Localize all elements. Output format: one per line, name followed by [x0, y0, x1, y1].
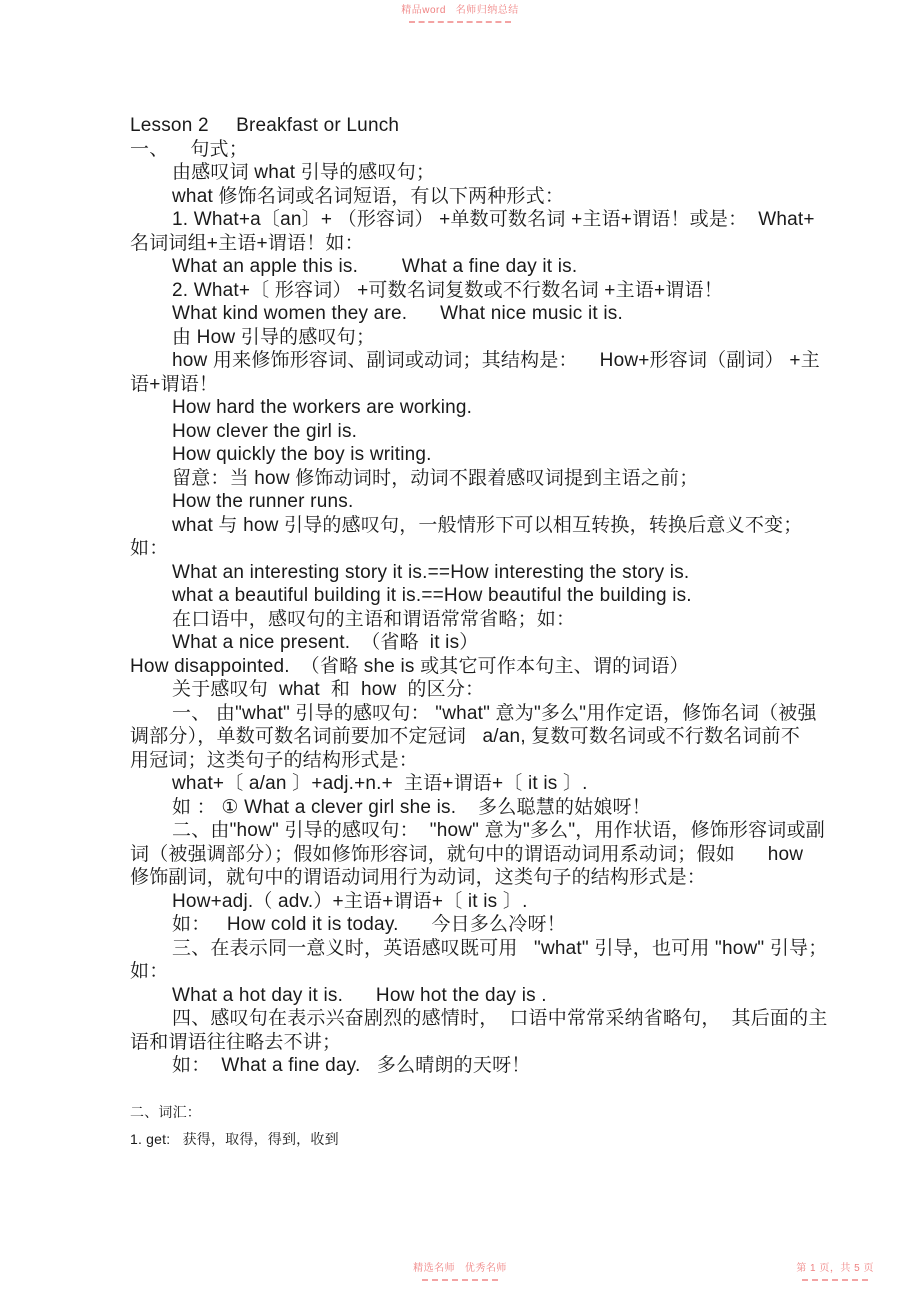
- footer-right-dash-divider: [802, 1279, 868, 1281]
- vocab-line: 二、词汇：: [130, 1099, 800, 1127]
- text-line: 语和谓语往往略去不讲；: [130, 1031, 800, 1055]
- text-line: what 与 how 引导的感叹句，一般情形下可以相互转换，转换后意义不变；: [130, 514, 800, 538]
- text-line: 一、 由"what" 引导的感叹句： "what" 意为"多么"用作定语，修饰名…: [130, 702, 800, 726]
- text-line: How the runner runs.: [130, 490, 800, 514]
- text-line: How+adj.（ adv.）+主语+谓语+〔 it is 〕.: [130, 890, 800, 914]
- text-line: 1. What+a〔an〕+ （形容词） +单数可数名词 +主语+谓语！或是： …: [130, 208, 800, 232]
- text-line: what 修饰名词或名词短语，有以下两种形式：: [130, 185, 800, 209]
- text-line: 2. What+〔 形容词） +可数名词复数或不行数名词 +主语+谓语！: [130, 279, 800, 303]
- text-line: 由 How 引导的感叹句；: [130, 326, 800, 350]
- text-line: 调部分），单数可数名词前要加不定冠词 a/an, 复数可数名词或不行数名词前不: [130, 725, 800, 749]
- text-line: 语+谓语！: [130, 373, 800, 397]
- footer-center-dash-divider: [422, 1279, 498, 1281]
- text-line: What an interesting story it is.==How in…: [130, 561, 800, 585]
- header-watermark-text: 精品word 名师归纳总结: [401, 5, 519, 17]
- footer-watermark-text: 精选名师 优秀名师: [413, 1263, 507, 1275]
- document-page: 精品word 名师归纳总结 Lesson 2 Breakfast or Lunc…: [0, 0, 920, 1303]
- text-line: 三、在表示同一意义时，英语感叹既可用 "what" 引导，也可用 "how" 引…: [130, 937, 800, 961]
- text-line: how 用来修饰形容词、副词或动词；其结构是： How+形容词（副词） +主: [130, 349, 800, 373]
- vocab-section: 二、词汇：1. get: 获得，取得，得到，收到: [130, 1099, 800, 1154]
- text-line: 词（被强调部分）；假如修饰形容词，就句中的谓语动词用系动词；假如 how: [130, 843, 800, 867]
- text-line: Lesson 2 Breakfast or Lunch: [130, 114, 800, 138]
- text-line: what a beautiful building it is.==How be…: [130, 584, 800, 608]
- text-line: 留意：当 how 修饰动词时，动词不跟着感叹词提到主语之前；: [130, 467, 800, 491]
- page-footer: 精选名师 优秀名师 第 1 页，共 5 页: [0, 1263, 920, 1293]
- text-line: 由感叹词 what 引导的感叹句；: [130, 161, 800, 185]
- text-line: What an apple this is. What a fine day i…: [130, 255, 800, 279]
- text-line: what+〔 a/an 〕+adj.+n.+ 主语+谓语+〔 it is 〕.: [130, 772, 800, 796]
- text-line: What kind women they are. What nice musi…: [130, 302, 800, 326]
- text-line: 四、感叹句在表示兴奋剧烈的感情时， 口语中常常采纳省略句， 其后面的主: [130, 1007, 800, 1031]
- header-dash-divider: [409, 21, 511, 23]
- text-line: 二、由"how" 引导的感叹句： "how" 意为"多么"，用作状语，修饰形容词…: [130, 819, 800, 843]
- text-line: 如：: [130, 537, 800, 561]
- text-line: How hard the workers are working.: [130, 396, 800, 420]
- footer-page-number: 第 1 页，共 5 页: [796, 1263, 874, 1275]
- vocab-line: 1. get: 获得，取得，得到，收到: [130, 1126, 800, 1154]
- text-line: 一、 句式；: [130, 138, 800, 162]
- text-line: 如： How cold it is today. 今日多么冷呀！: [130, 913, 800, 937]
- text-line: 在口语中，感叹句的主语和谓语常常省略；如：: [130, 608, 800, 632]
- text-line: 用冠词；这类句子的结构形式是：: [130, 749, 800, 773]
- text-line: What a nice present. （省略 it is）: [130, 631, 800, 655]
- footer-right: 第 1 页，共 5 页: [796, 1263, 874, 1281]
- footer-center: 精选名师 优秀名师: [0, 1263, 920, 1281]
- text-line: How clever the girl is.: [130, 420, 800, 444]
- text-line: 名词词组+主语+谓语！如：: [130, 232, 800, 256]
- text-line: What a hot day it is. How hot the day is…: [130, 984, 800, 1008]
- page-header: 精品word 名师归纳总结: [0, 5, 920, 23]
- text-line: How disappointed. （省略 she is 或其它可作本句主、谓的…: [130, 655, 800, 679]
- text-line: 如 ： ① What a clever girl she is. 多么聪慧的姑娘…: [130, 796, 800, 820]
- text-line: 如：: [130, 960, 800, 984]
- text-line: 关于感叹句 what 和 how 的区分：: [130, 678, 800, 702]
- document-body: Lesson 2 Breakfast or Lunch一、 句式；由感叹词 wh…: [130, 114, 800, 1154]
- text-line: 修饰副词，就句中的谓语动词用行为动词，这类句子的结构形式是：: [130, 866, 800, 890]
- text-line: How quickly the boy is writing.: [130, 443, 800, 467]
- text-line: 如： What a fine day. 多么晴朗的天呀！: [130, 1054, 800, 1078]
